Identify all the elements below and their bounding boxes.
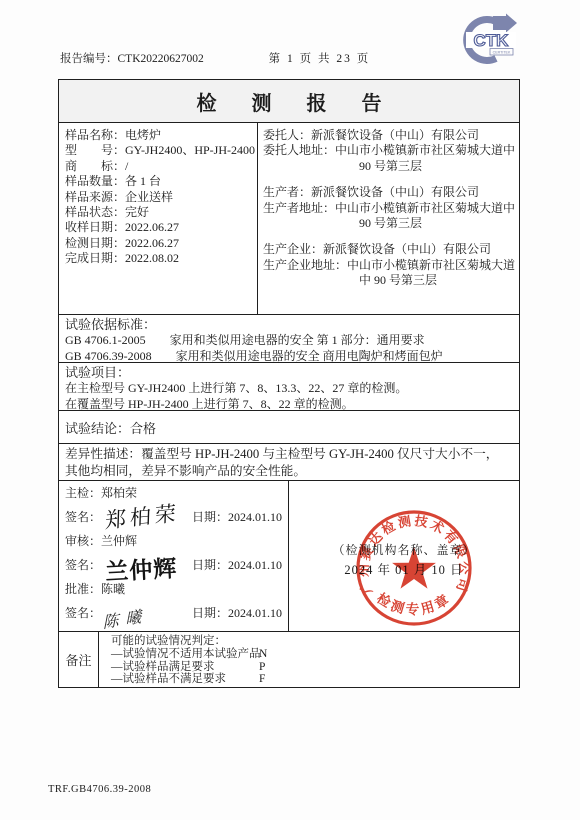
- reviewer-date: 日期：2024.01.10: [192, 556, 282, 573]
- standards-label: 试验依据标准：: [65, 317, 513, 333]
- remark-content: 可能的试验情况判定： —试验情况不适用本试验产品 N —试验样品满足要求 P —…: [99, 632, 519, 687]
- party-info: 委托人：新派餐饮设备（中山）有限公司 委托人地址：中山市小榄镇新市社区菊城大道中…: [258, 123, 519, 314]
- sample-info: 样品名称：电烤炉 型 号：GY-JH2400、HP-JH-2400 商 标：/ …: [59, 123, 258, 314]
- sample-brand: 商 标：/: [65, 159, 253, 174]
- sample-condition: 样品状态：完好: [65, 205, 253, 220]
- sample-model: 型 号：GY-JH2400、HP-JH-2400: [65, 143, 253, 158]
- producer-block: 生产者：新派餐饮设备（中山）有限公司 生产者地址：中山市小榄镇新市社区菊城大道中…: [263, 185, 515, 231]
- inspector-block: 主检：郑柏荣 签名： 郑柏荣 日期：2024.01.10: [65, 486, 288, 534]
- stamp-bottom-text: 检测专用章: [374, 590, 454, 618]
- inspector-signature: 郑柏荣: [105, 497, 181, 535]
- report-title: 检 测 报 告: [59, 80, 519, 123]
- approver-role: 批准：陈曦: [65, 582, 288, 597]
- remark-row-p: —试验样品满足要求 P: [111, 661, 519, 674]
- sample-quantity: 样品数量：各 1 台: [65, 174, 253, 189]
- ctk-logo-text: CTK: [474, 31, 510, 50]
- remark-row-f: —试验样品不满足要求 F: [111, 673, 519, 686]
- red-seal-stamp: 广州赛达检测技术有限公司 检测专用章: [352, 506, 476, 630]
- footer-trf: TRF.GB4706.39-2008: [48, 784, 151, 795]
- sample-name: 样品名称：电烤炉: [65, 128, 253, 143]
- test-date: 检测日期：2022.06.27: [65, 236, 253, 251]
- receive-date: 收样日期：2022.06.27: [65, 220, 253, 235]
- remark-section: 备注 可能的试验情况判定： —试验情况不适用本试验产品 N —试验样品满足要求 …: [59, 632, 519, 687]
- page-header: 报告编号：CTK20220627002 第 1 页 共 23 页: [60, 50, 370, 66]
- report-page: 报告编号：CTK20220627002 第 1 页 共 23 页 CTK CER…: [0, 0, 580, 820]
- remark-row-n: —试验情况不适用本试验产品 N: [111, 648, 519, 661]
- client-address: 委托人地址：中山市小榄镇新市社区菊城大道中: [263, 143, 515, 158]
- test-items: 试验项目： 在主检型号 GY-JH2400 上进行第 7、8、13.3、22、2…: [59, 363, 519, 411]
- signature-section: 主检：郑柏荣 签名： 郑柏荣 日期：2024.01.10 审核：兰仲辉 签名： …: [59, 481, 519, 632]
- items-label: 试验项目：: [65, 365, 513, 381]
- report-number: 报告编号：CTK20220627002: [60, 53, 204, 65]
- item-line: 在覆盖型号 HP-JH-2400 上进行第 7、8、22 章的检测。: [65, 397, 513, 413]
- ctk-logo: CTK CERTITEK: [460, 13, 524, 67]
- reviewer-block: 审核：兰仲辉 签名： 兰仲辉 日期：2024.01.10: [65, 534, 288, 582]
- complete-date: 完成日期：2022.08.02: [65, 251, 253, 266]
- approver-date: 日期：2024.01.10: [192, 604, 282, 621]
- factory-address-cont: 中 90 号第三层: [263, 273, 515, 288]
- producer-name: 生产者：新派餐饮设备（中山）有限公司: [263, 185, 515, 200]
- stamp-star: [392, 547, 436, 589]
- test-standards: 试验依据标准： GB 4706.1-2005 家用和类似用途电器的安全 第 1 …: [59, 315, 519, 363]
- svg-text:检测专用章: 检测专用章: [374, 590, 454, 618]
- factory-name: 生产企业：新派餐饮设备（中山）有限公司: [263, 242, 515, 257]
- factory-address: 生产企业地址：中山市小榄镇新市社区菊城大道: [263, 258, 515, 273]
- client-name: 委托人：新派餐饮设备（中山）有限公司: [263, 128, 515, 143]
- ctk-logo-subtext: CERTITEK: [493, 51, 511, 55]
- inspector-date: 日期：2024.01.10: [192, 508, 282, 525]
- sign-label: 签名：: [65, 556, 101, 573]
- reviewer-signature: 兰仲辉: [104, 550, 178, 587]
- factory-block: 生产企业：新派餐饮设备（中山）有限公司 生产企业地址：中山市小榄镇新市社区菊城大…: [263, 242, 515, 288]
- reviewer-role: 审核：兰仲辉: [65, 534, 288, 549]
- sign-label: 签名：: [65, 508, 101, 525]
- sample-source: 样品来源：企业送样: [65, 190, 253, 205]
- standard-line: GB 4706.39-2008 家用和类似用途电器的安全 商用电陶炉和烤面包炉: [65, 349, 513, 365]
- ctk-logo-icon: CTK CERTITEK: [460, 13, 524, 67]
- test-conclusion: 试验结论：合格: [59, 411, 519, 444]
- report-table: 检 测 报 告 样品名称：电烤炉 型 号：GY-JH2400、HP-JH-240…: [58, 79, 520, 688]
- remark-label: 备注: [59, 632, 99, 687]
- info-section: 样品名称：电烤炉 型 号：GY-JH2400、HP-JH-2400 商 标：/ …: [59, 123, 519, 315]
- sign-label: 签名：: [65, 604, 101, 621]
- producer-address: 生产者地址：中山市小榄镇新市社区菊城大道中: [263, 201, 515, 216]
- standard-line: GB 4706.1-2005 家用和类似用途电器的安全 第 1 部分：通用要求: [65, 333, 513, 349]
- remark-intro: 可能的试验情况判定：: [111, 635, 519, 648]
- page-indicator: 第 1 页 共 23 页: [269, 53, 371, 65]
- item-line: 在主检型号 GY-JH2400 上进行第 7、8、13.3、22、27 章的检测…: [65, 381, 513, 397]
- approver-signature: 陈曦: [102, 602, 152, 633]
- producer-address-cont: 90 号第三层: [263, 216, 515, 231]
- client-address-cont: 90 号第三层: [263, 159, 515, 174]
- client-block: 委托人：新派餐饮设备（中山）有限公司 委托人地址：中山市小榄镇新市社区菊城大道中…: [263, 128, 515, 174]
- signature-column: 主检：郑柏荣 签名： 郑柏荣 日期：2024.01.10 审核：兰仲辉 签名： …: [59, 481, 289, 631]
- stamp-area: （检测机构名称、盖章） 2024 年 01 月 10 日 广州赛达检测技术有限公…: [289, 481, 519, 631]
- approver-block: 批准：陈曦 签名： 陈曦 日期：2024.01.10: [65, 582, 288, 630]
- difference-description: 差异性描述：覆盖型号 HP-JH-2400 与主检型号 GY-JH-2400 仅…: [59, 444, 519, 481]
